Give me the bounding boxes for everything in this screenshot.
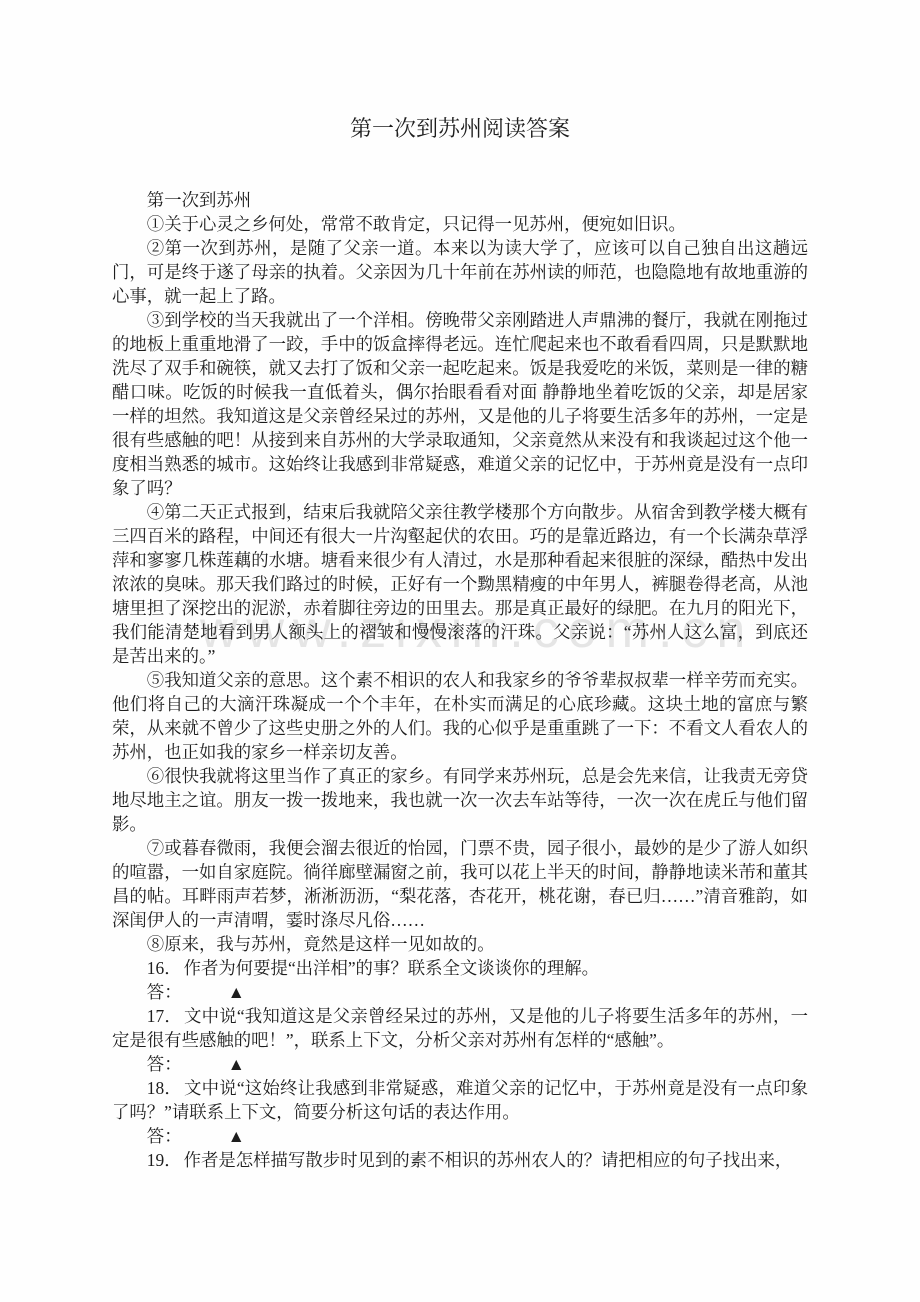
- page-title: 第一次到苏州阅读答案: [112, 114, 808, 144]
- question-line-17: 17．文中说“我知道这是父亲曾经呆过的苏州，又是他的儿子将要生活多年的苏州，一定…: [112, 1004, 808, 1052]
- answer-placeholder-marker-17: ▲: [228, 1052, 245, 1076]
- question-number-17: 17．: [147, 1006, 184, 1026]
- article-heading: 第一次到苏州: [112, 188, 808, 212]
- question-line-19: 19．作者是怎样描写散步时见到的素不相识的苏州农人的？请把相应的句子找出来，: [112, 1148, 808, 1172]
- answer-placeholder-marker-16: ▲: [228, 980, 245, 1004]
- question-number-18: 18．: [147, 1078, 184, 1098]
- answer-placeholder-marker-18: ▲: [228, 1124, 245, 1148]
- article-paragraph-8: ⑧原来，我与苏州，竟然是这样一见如故的。: [112, 932, 808, 956]
- article-paragraph-3: ③到学校的当天我就出了一个洋相。傍晚带父亲刚踏进人声鼎沸的餐厅，我就在刚拖过的地…: [112, 308, 808, 500]
- question-block-18: 18．文中说“这始终让我感到非常疑惑，难道父亲的记忆中，于苏州竟是没有一点印象了…: [112, 1076, 808, 1148]
- answer-label-16: 答：: [147, 982, 182, 1002]
- question-block-19: 19．作者是怎样描写散步时见到的素不相识的苏州农人的？请把相应的句子找出来，: [112, 1148, 808, 1172]
- answer-label-18: 答：: [147, 1126, 182, 1146]
- question-text-19: 作者是怎样描写散步时见到的素不相识的苏州农人的？请把相应的句子找出来，: [184, 1150, 793, 1170]
- question-line-16: 16．作者为何要提“出洋相”的事？联系全文谈谈你的理解。: [112, 956, 808, 980]
- answer-line-16: 答：▲: [112, 980, 808, 1004]
- article-paragraph-1: ①关于心灵之乡何处，常常不敢肯定，只记得一见苏州，便宛如旧识。: [112, 212, 808, 236]
- question-line-18: 18．文中说“这始终让我感到非常疑惑，难道父亲的记忆中，于苏州竟是没有一点印象了…: [112, 1076, 808, 1124]
- question-text-17: 文中说“我知道这是父亲曾经呆过的苏州，又是他的儿子将要生活多年的苏州，一定是很有…: [112, 1006, 808, 1050]
- document-page: www.zixin.com.cn 第一次到苏州阅读答案 第一次到苏州 ①关于心灵…: [0, 0, 920, 1302]
- question-number-16: 16．: [147, 958, 184, 978]
- question-block-16: 16．作者为何要提“出洋相”的事？联系全文谈谈你的理解。 答：▲: [112, 956, 808, 1004]
- article-paragraph-6: ⑥很快我就将这里当作了真正的家乡。有同学来苏州玩，总是会先来信，让我责无旁贷地尽…: [112, 764, 808, 836]
- article-paragraph-4: ④第二天正式报到，结束后我就陪父亲往教学楼那个方向散步。从宿舍到教学楼大概有三四…: [112, 500, 808, 668]
- article-paragraph-7: ⑦或暮春微雨，我便会溜去很近的怡园，门票不贵，园子很小，最妙的是少了游人如织的喧…: [112, 836, 808, 932]
- question-block-17: 17．文中说“我知道这是父亲曾经呆过的苏州，又是他的儿子将要生活多年的苏州，一定…: [112, 1004, 808, 1076]
- answer-line-18: 答：▲: [112, 1124, 808, 1148]
- question-number-19: 19．: [147, 1150, 184, 1170]
- answer-label-17: 答：: [147, 1054, 182, 1074]
- answer-line-17: 答：▲: [112, 1052, 808, 1076]
- question-text-16: 作者为何要提“出洋相”的事？联系全文谈谈你的理解。: [184, 958, 599, 978]
- question-text-18: 文中说“这始终让我感到非常疑惑，难道父亲的记忆中，于苏州竟是没有一点印象了吗？”…: [112, 1078, 808, 1122]
- article-body: 第一次到苏州 ①关于心灵之乡何处，常常不敢肯定，只记得一见苏州，便宛如旧识。 ②…: [112, 188, 808, 1172]
- article-paragraph-2: ②第一次到苏州，是随了父亲一道。本来以为读大学了，应该可以自己独自出这趟远门，可…: [112, 236, 808, 308]
- article-paragraph-5: ⑤我知道父亲的意思。这个素不相识的农人和我家乡的爷爷辈叔叔辈一样辛劳而充实。他们…: [112, 668, 808, 764]
